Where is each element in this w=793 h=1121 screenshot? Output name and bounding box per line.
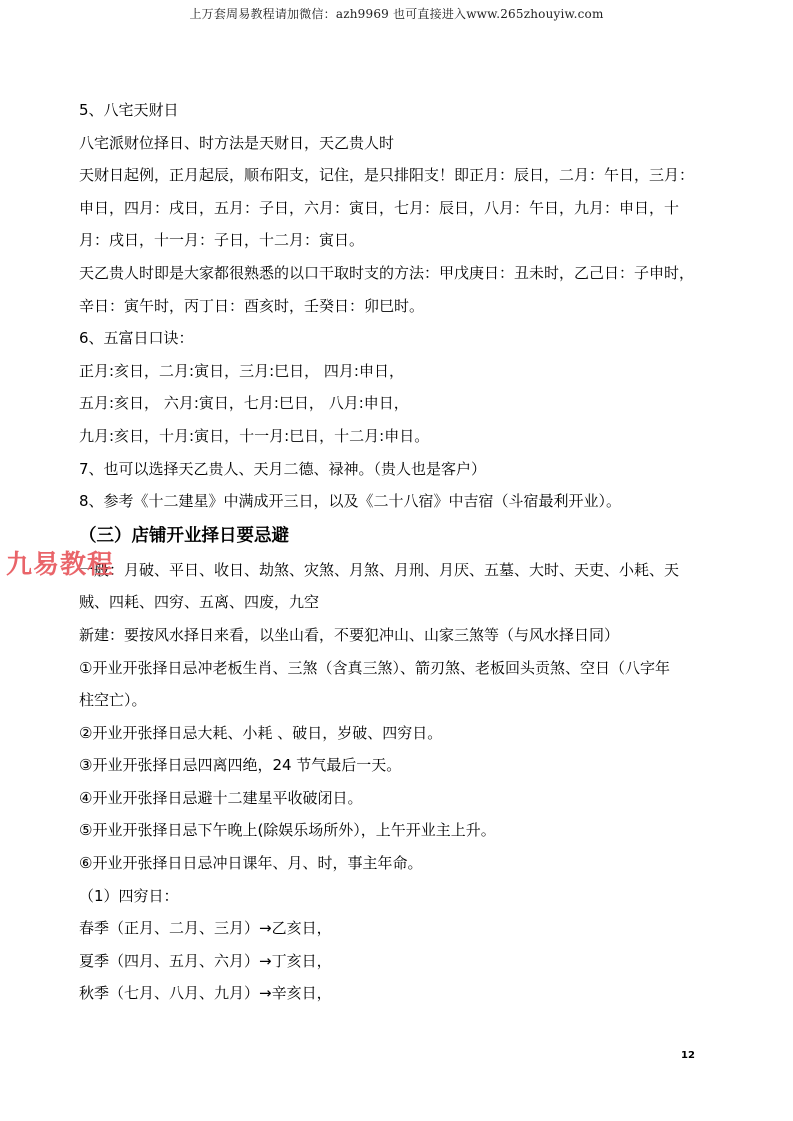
page-header-banner: 上万套周易教程请加微信：azh9969 也可直接进入www.265zhouyiw…	[0, 5, 793, 22]
paragraph: 天财日起例，正月起辰，顺布阳支，记住，是只排阳支！即正月：辰日，二月：午日，三月…	[79, 159, 719, 192]
paragraph: 新建：要按风水择日来看，以坐山看，不要犯冲山、山家三煞等（与风水择日同）	[79, 619, 719, 652]
paragraph: 正月:亥日，二月:寅日，三月:巳日， 四月:申日，	[79, 355, 719, 388]
paragraph: 一般：月破、平日、收日、劫煞、灾煞、月煞、月刑、月厌、五墓、大时、天吏、小耗、天	[79, 554, 719, 587]
section-title-5: 5、八宅天财日	[79, 94, 719, 127]
page-number: 12	[681, 1050, 695, 1061]
section-title-6: 6、五富日口诀：	[79, 322, 719, 355]
paragraph: 五月:亥日， 六月:寅日，七月:巳日， 八月:申日，	[79, 387, 719, 420]
subsection-title: （1）四穷日：	[79, 880, 719, 913]
list-item: ②开业开张择日忌大耗、小耗 、破日，岁破、四穷日。	[79, 717, 719, 750]
paragraph: 九月:亥日，十月:寅日，十一月:巳日，十二月:申日。	[79, 420, 719, 453]
paragraph: 月：戌日，十一月：子日，十二月：寅日。	[79, 224, 719, 257]
paragraph: 八宅派财位择日、时方法是天财日，天乙贵人时	[79, 127, 719, 160]
paragraph: 辛日：寅午时，丙丁日：酉亥时，壬癸日：卯巳时。	[79, 290, 719, 323]
list-item: ⑤开业开张择日忌下午晚上(除娱乐场所外），上午开业主上升。	[79, 814, 719, 847]
list-item: ①开业开张择日忌冲老板生肖、三煞（含真三煞）、箭刃煞、老板回头贡煞、空日（八字年	[79, 652, 719, 685]
watermark-logo: 九易教程	[6, 544, 114, 581]
section-heading: （三）店铺开业择日要忌避	[79, 518, 719, 554]
section-title-7: 7、也可以选择天乙贵人、天月二德、禄神。（贵人也是客户）	[79, 453, 719, 486]
list-item: 夏季（四月、五月、六月）→丁亥日，	[79, 945, 719, 978]
list-item: ③开业开张择日忌四离四绝，24 节气最后一天。	[79, 749, 719, 782]
paragraph: 贼、四耗、四穷、五离、四废，九空	[79, 586, 719, 619]
list-item: ④开业开张择日忌避十二建星平收破闭日。	[79, 782, 719, 815]
list-item: ⑥开业开张择日日忌冲日课年、月、时，事主年命。	[79, 847, 719, 880]
list-item: 春季（正月、二月、三月）→乙亥日，	[79, 912, 719, 945]
document-body: 5、八宅天财日 八宅派财位择日、时方法是天财日，天乙贵人时 天财日起例，正月起辰…	[79, 94, 719, 1010]
list-item: 秋季（七月、八月、九月）→辛亥日，	[79, 977, 719, 1010]
paragraph: 申日，四月：戌日，五月：子日，六月：寅日，七月：辰日，八月：午日，九月：申日，十	[79, 192, 719, 225]
paragraph: 天乙贵人时即是大家都很熟悉的以口干取时支的方法：甲戊庚日：丑未时，乙己日：子申时…	[79, 257, 719, 290]
list-item: 柱空亡）。	[79, 684, 719, 717]
section-title-8: 8、参考《十二建星》中满成开三日，以及《二十八宿》中吉宿（斗宿最利开业）。	[79, 485, 719, 518]
